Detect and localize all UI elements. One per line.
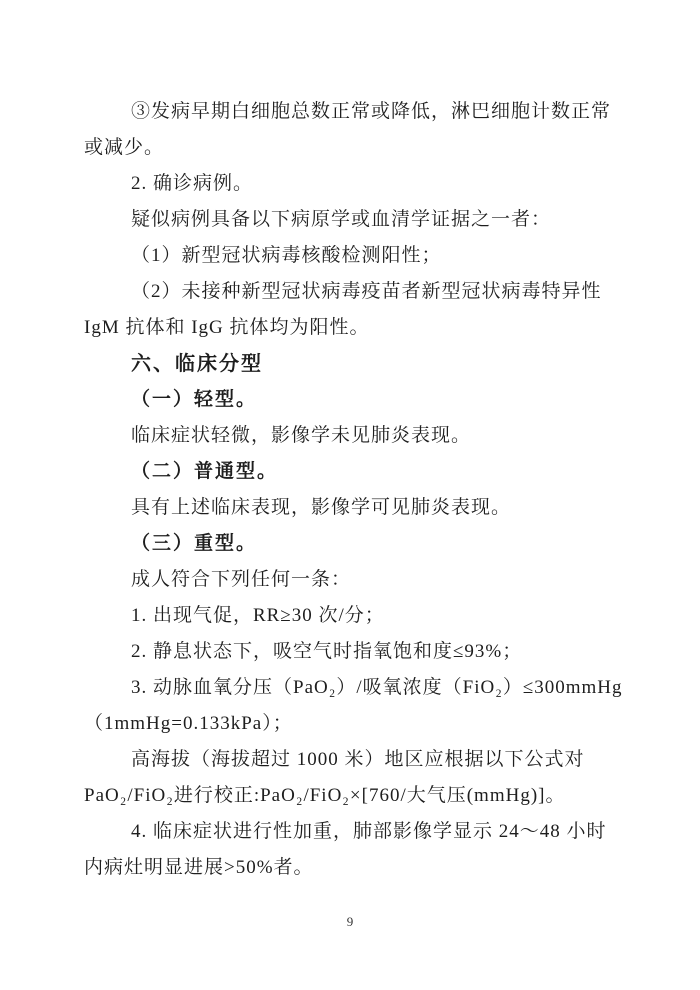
text-line: 具有上述临床表现，影像学可见肺炎表现。 bbox=[84, 490, 606, 526]
text-line: （1mmHg=0.133kPa）； bbox=[84, 706, 606, 742]
page-number: 9 bbox=[0, 912, 700, 932]
document-body: ③发病早期白细胞总数正常或降低，淋巴细胞计数正常或减少。2. 确诊病例。疑似病例… bbox=[0, 0, 700, 990]
text-line: ③发病早期白细胞总数正常或降低，淋巴细胞计数正常 bbox=[84, 94, 606, 130]
text-line: 2. 静息状态下，吸空气时指氧饱和度≤93%； bbox=[84, 634, 606, 670]
text-line: （一）轻型。 bbox=[84, 382, 606, 418]
text-line: 或减少。 bbox=[84, 130, 606, 166]
text-line: IgM 抗体和 IgG 抗体均为阳性。 bbox=[84, 310, 606, 346]
text-line: （1）新型冠状病毒核酸检测阳性； bbox=[84, 238, 606, 274]
document-page: ③发病早期白细胞总数正常或降低，淋巴细胞计数正常或减少。2. 确诊病例。疑似病例… bbox=[0, 0, 700, 990]
text-line: 六、临床分型 bbox=[84, 346, 606, 382]
text-line: 2. 确诊病例。 bbox=[84, 166, 606, 202]
text-line: 成人符合下列任何一条： bbox=[84, 562, 606, 598]
text-line: 高海拔（海拔超过 1000 米）地区应根据以下公式对 bbox=[84, 742, 606, 778]
text-line: 临床症状轻微，影像学未见肺炎表现。 bbox=[84, 418, 606, 454]
text-line: 4. 临床症状进行性加重，肺部影像学显示 24～48 小时 bbox=[84, 814, 606, 850]
text-line: 疑似病例具备以下病原学或血清学证据之一者： bbox=[84, 202, 606, 238]
text-line: PaO₂/FiO₂进行校正:PaO₂/FiO₂×[760/大气压(mmHg)]。 bbox=[84, 778, 606, 814]
text-line: 内病灶明显进展>50%者。 bbox=[84, 850, 606, 886]
text-line: 3. 动脉血氧分压（PaO₂）/吸氧浓度（FiO₂）≤300mmHg bbox=[84, 670, 606, 706]
text-line: 1. 出现气促，RR≥30 次/分； bbox=[84, 598, 606, 634]
text-line: （二）普通型。 bbox=[84, 454, 606, 490]
text-line: （2）未接种新型冠状病毒疫苗者新型冠状病毒特异性 bbox=[84, 274, 606, 310]
text-line: （三）重型。 bbox=[84, 526, 606, 562]
